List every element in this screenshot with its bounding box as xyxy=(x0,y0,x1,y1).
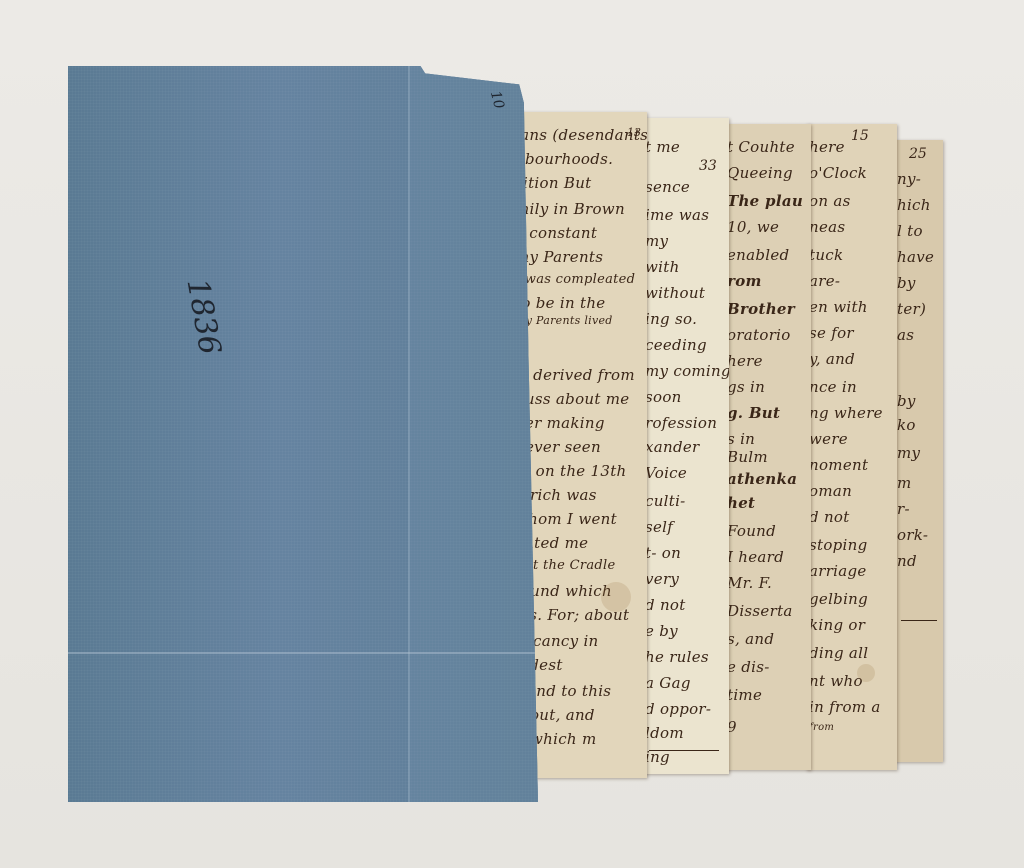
page-number: 33 xyxy=(699,158,717,174)
manuscript-leaf-4: 15 here o'Clock on as neas tuck are- en … xyxy=(806,124,897,770)
year-inscription: 1836 xyxy=(180,276,228,357)
manuscript-leaf-2: 33 t me sence ime was my with without in… xyxy=(642,118,729,774)
manuscript-leaf-3: t Couhte Queeing The plau 10, we enabled… xyxy=(724,124,811,770)
page-number: 15 xyxy=(851,128,869,144)
fold-crease-vertical xyxy=(408,66,410,802)
blue-paper-wrapper: 1836 10 xyxy=(68,66,538,802)
ruled-line xyxy=(649,750,719,751)
wrapper-flap xyxy=(410,66,538,802)
page-number: 25 xyxy=(909,146,927,162)
photo-background: 25 ny- hich l to have by ter) as by ko m… xyxy=(0,0,1024,868)
ruled-line xyxy=(901,620,937,621)
fold-crease-horizontal xyxy=(68,652,538,654)
